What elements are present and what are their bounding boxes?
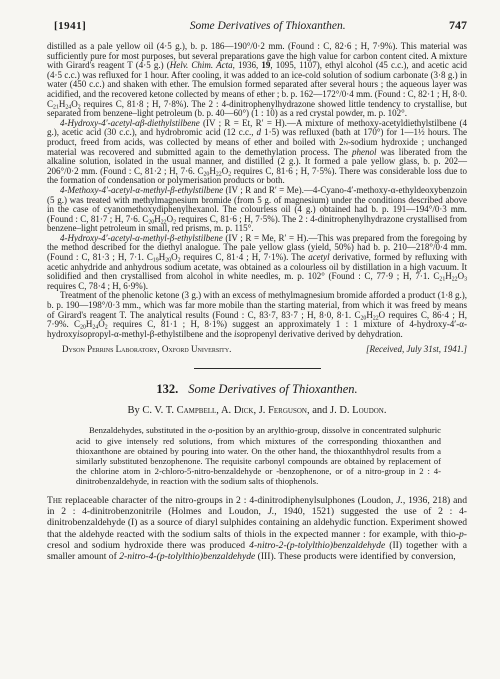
laboratory-address: Dyson Perrins Laboratory, Oxford Univers… xyxy=(62,344,231,354)
paragraph: distilled as a pale yellow oil (4·5 g.),… xyxy=(47,42,467,119)
article-title: Some Derivatives of Thioxanthen. xyxy=(188,382,357,396)
section-divider xyxy=(194,368,321,369)
paragraph: Benzaldehydes, substituted in the o-posi… xyxy=(76,425,441,486)
paragraph: The replaceable character of the nitro-g… xyxy=(47,495,467,562)
article-abstract: Benzaldehydes, substituted in the o-posi… xyxy=(76,425,441,486)
article-number: 132. xyxy=(156,382,178,396)
page-number: 747 xyxy=(449,19,467,31)
paragraph: 4-Hydroxy-4′-acetyl-αβ-diethylstilbene (… xyxy=(47,119,467,186)
article-heading: 132.Some Derivatives of Thioxanthen. xyxy=(47,382,467,396)
received-date: [Received, July 31st, 1941.] xyxy=(366,344,467,354)
article-body: The replaceable character of the nitro-g… xyxy=(47,495,467,562)
signature-row: Dyson Perrins Laboratory, Oxford Univers… xyxy=(47,344,467,354)
page-header: [1941] Some Derivatives of Thioxanthen. … xyxy=(47,19,467,32)
experimental-section: distilled as a pale yellow oil (4·5 g.),… xyxy=(47,42,467,339)
running-title: Some Derivatives of Thioxanthen. xyxy=(190,20,346,32)
journal-page: [1941] Some Derivatives of Thioxanthen. … xyxy=(0,0,500,679)
journal-year: [1941] xyxy=(47,20,86,32)
paragraph: 4-Methoxy-4′-acetyl-α-methyl-β-ethylstil… xyxy=(47,186,467,234)
paragraph: 4-Hydroxy-4′-acetyl-α-methyl-β-ethylstil… xyxy=(47,234,467,292)
paragraph: Treatment of the phenolic ketone (3 g.) … xyxy=(47,291,467,339)
article-byline: By C. V. T. Campbell, A. Dick, J. Fergus… xyxy=(47,405,467,416)
